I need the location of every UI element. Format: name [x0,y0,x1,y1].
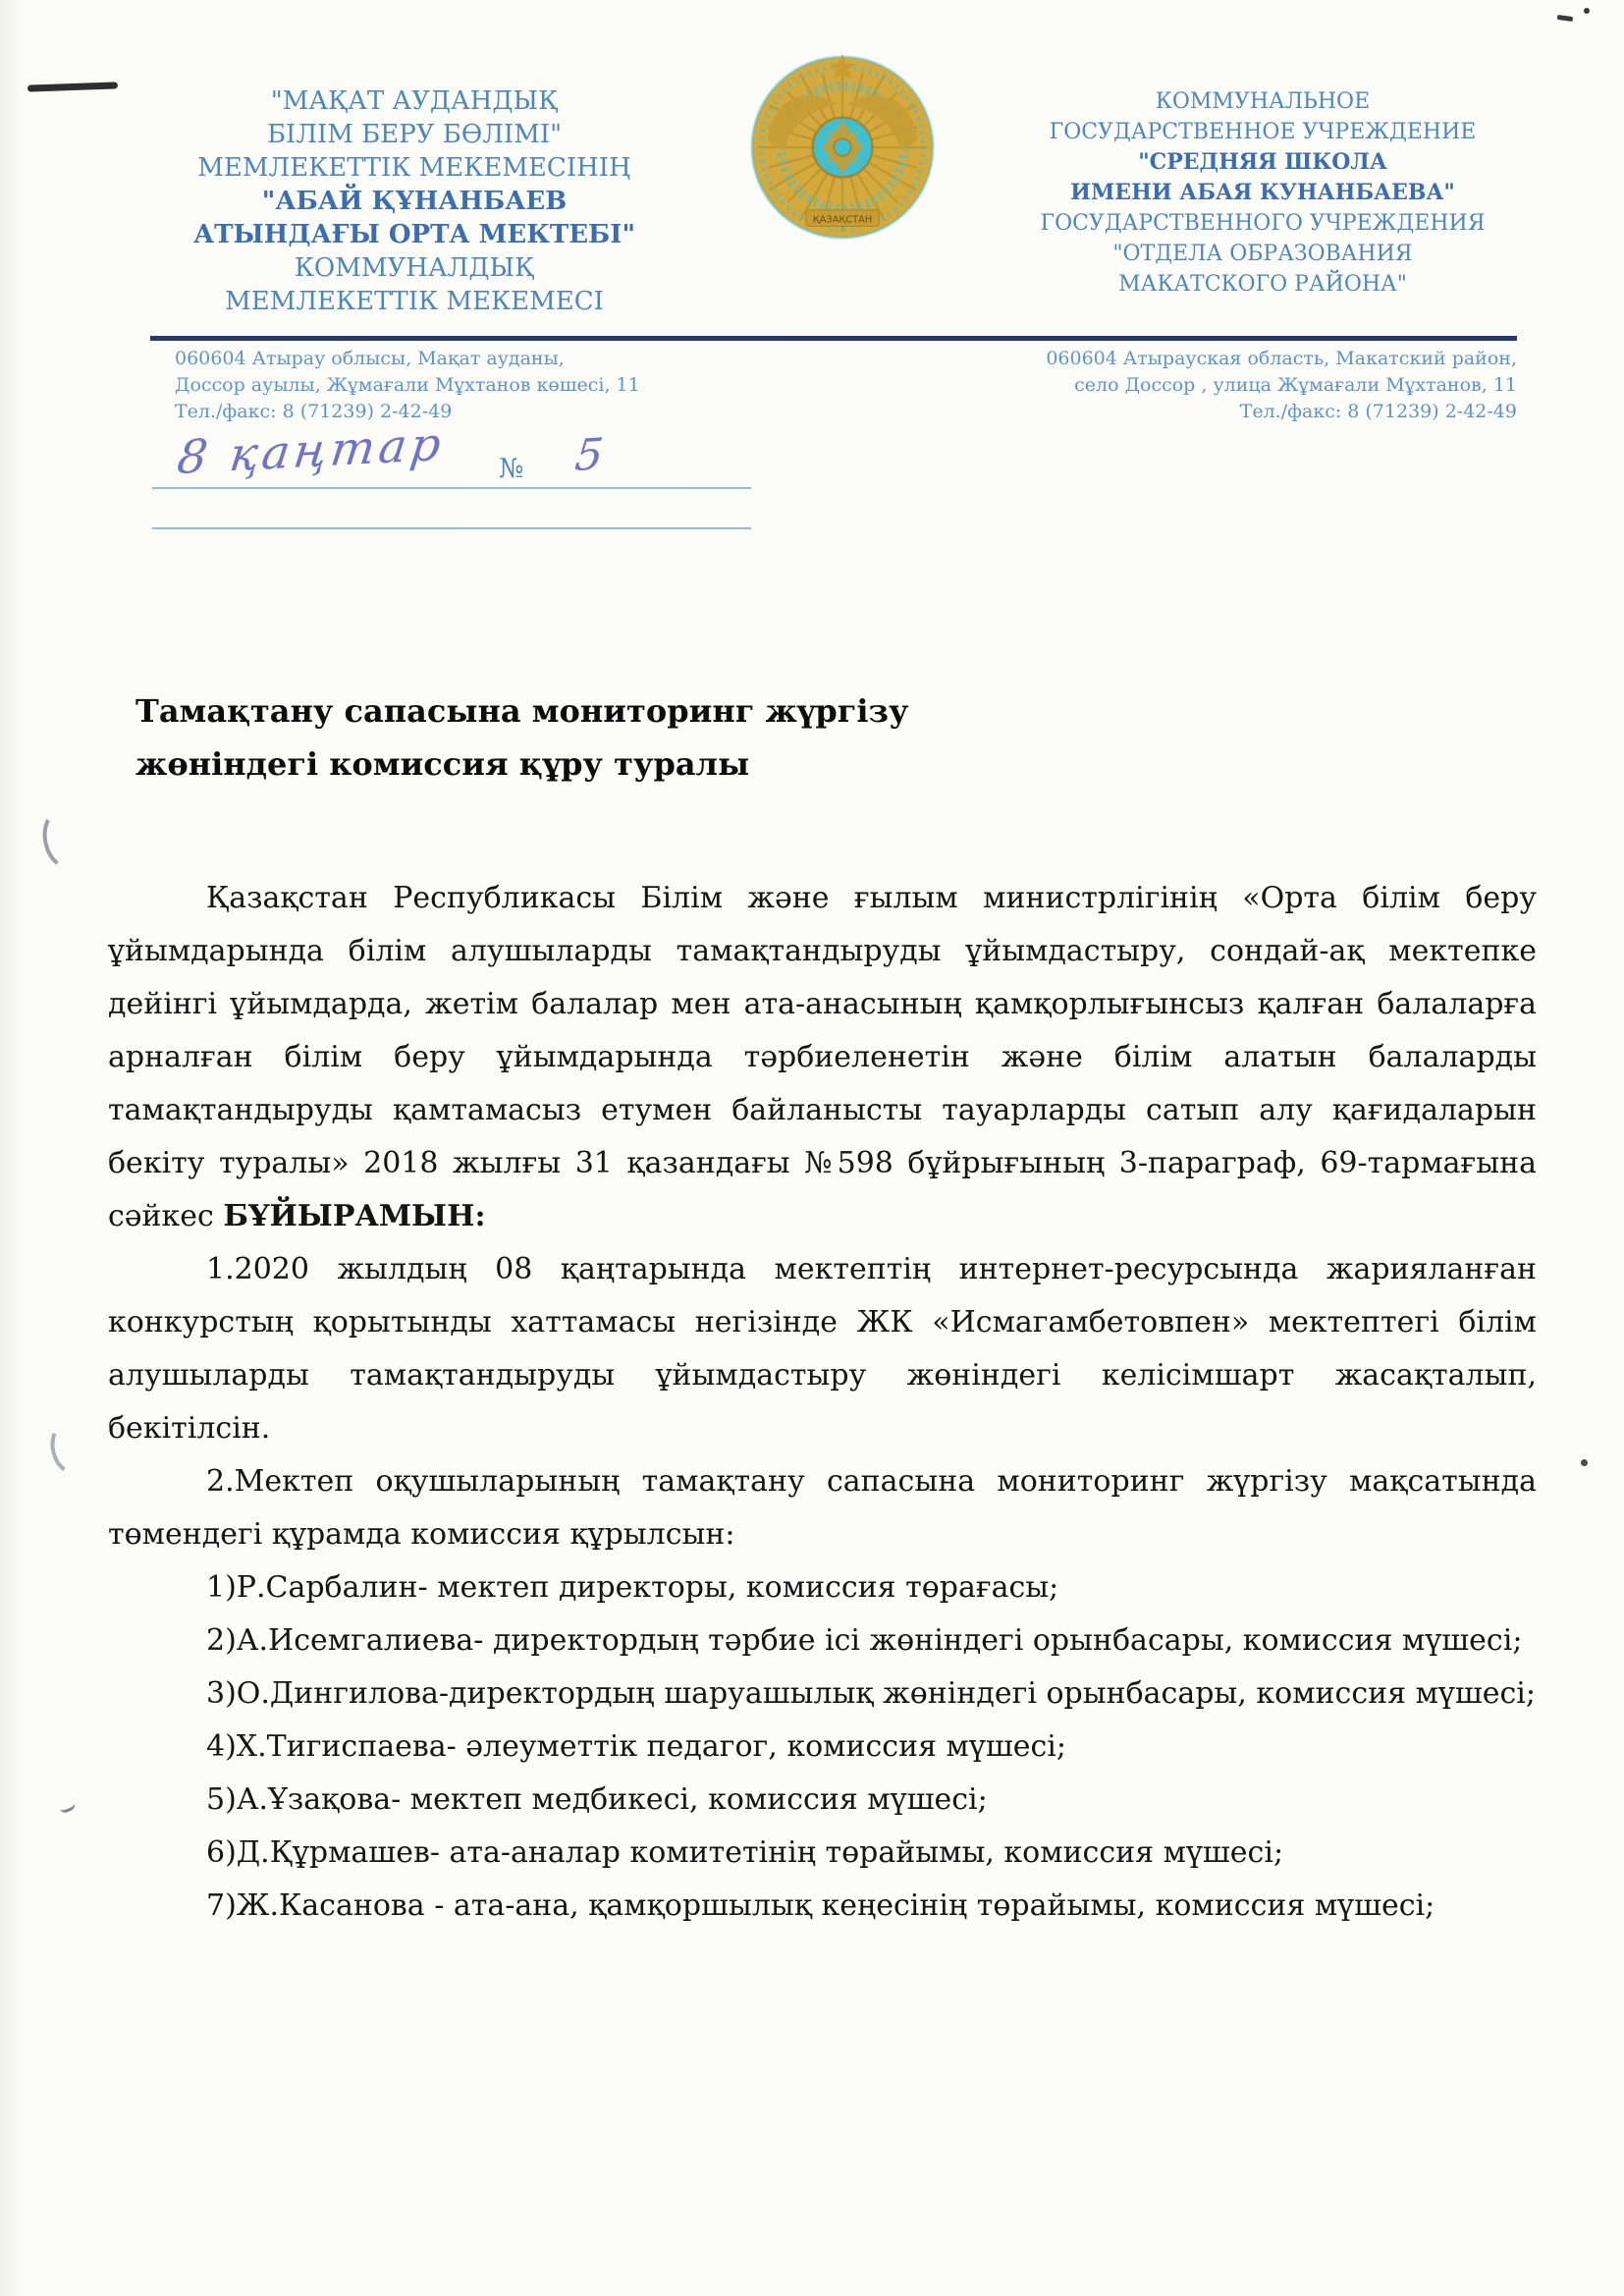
order-verb-bold: БҰЙЫРАМЫН: [223,1199,485,1233]
org-name-line: ГОСУДАРСТВЕННОЕ УЧРЕЖДЕНИЕ [982,117,1543,147]
commission-member-item: 3)О.Дингилова-директордың шаруашылық жөн… [108,1667,1537,1721]
handwritten-number: 5 [572,429,606,481]
org-name-line: "МАҚАТ АУДАНДЫҚ [145,84,683,118]
org-name-line: "АБАЙ ҚҰНАНБАЕВ [145,185,683,218]
kazakhstan-emblem: ҚАЗАҚСТАН [746,51,939,249]
order-title-line: Тамақтану сапасына мониторинг жүргізу [135,684,908,738]
org-name-line: "СРЕДНЯЯ ШКОЛА [982,147,1543,178]
order-title: Тамақтану сапасына мониторинг жүргізу жө… [135,684,908,791]
address-line: 060604 Атырау облысы, Мақат ауданы, [175,346,685,372]
order-title-line: жөніндегі комиссия құру туралы [135,738,908,791]
org-name-line: АТЫНДАҒЫ ОРТА МЕКТЕБІ" [145,218,683,251]
scan-artifact-dot [1584,8,1590,14]
commission-member-item: 4)Х.Тигиспаева- әлеуметтік педагог, коми… [108,1721,1537,1774]
address-line: Доссор ауылы, Жұмағали Мұхтанов көшесі, … [175,372,685,399]
org-name-kk: "МАҚАТ АУДАНДЫҚ БІЛІМ БЕРУ БӨЛІМІ" МЕМЛЕ… [145,84,683,318]
commission-member-item: 5)А.Ұзақова- мектеп медбикесі, комиссия … [108,1774,1537,1827]
scan-artifact-dash [27,82,118,91]
handwritten-date: 8 қаңтар [175,417,448,485]
preamble-text: Қазақстан Республикасы Білім және ғылым … [108,881,1537,1233]
org-name-ru: КОММУНАЛЬНОЕ ГОСУДАРСТВЕННОЕ УЧРЕЖДЕНИЕ … [982,86,1543,300]
address-line: 060604 Атырауская область, Макатский рай… [982,346,1517,372]
order-point-2: 2.Мектеп оқушыларының тамақтану сапасына… [108,1455,1537,1561]
org-name-line: КОММУНАЛЬНОЕ [982,86,1543,117]
commission-member-item: 2)А.Исемгалиева- директордың тәрбие ісі … [108,1614,1537,1667]
org-name-line: ИМЕНИ АБАЯ КУНАНБАЕВА" [982,178,1543,208]
org-name-line: МЕМЛЕКЕТТІК МЕКЕМЕСІ [145,285,683,318]
org-name-line: КОММУНАЛДЫҚ [145,251,683,285]
scan-artifact-pen-curve [45,1418,97,1480]
scan-artifact-mark [57,1796,77,1814]
commission-member-item: 1)Р.Сарбалин- мектеп директоры, комиссия… [108,1561,1537,1614]
address-ru: 060604 Атырауская область, Макатский рай… [982,346,1517,425]
date-underline-2 [152,527,751,529]
org-name-line: БІЛІМ БЕРУ БӨЛІМІ" [145,118,683,151]
commission-list: 1)Р.Сарбалин- мектеп директоры, комиссия… [108,1561,1537,1933]
address-line: Тел./факс: 8 (71239) 2-42-49 [982,399,1517,425]
order-body: Қазақстан Республикасы Білім және ғылым … [108,872,1537,1933]
preamble-paragraph: Қазақстан Республикасы Білім және ғылым … [108,872,1537,1243]
commission-member-item: 6)Д.Құрмашев- ата-аналар комитетінің төр… [108,1827,1537,1880]
number-sign: № [499,454,524,484]
org-name-line: МАКАТСКОГО РАЙОНА" [982,269,1543,300]
scanned-order-document: "МАҚАТ АУДАНДЫҚ БІЛІМ БЕРУ БӨЛІМІ" МЕМЛЕ… [0,0,1624,2296]
scan-artifact-dot [1581,1459,1588,1466]
commission-member-item: 7)Ж.Касанова - ата-ана, қамқоршылық кеңе… [108,1880,1537,1933]
header-divider [150,336,1517,341]
address-kk: 060604 Атырау облысы, Мақат ауданы, Досс… [175,346,685,425]
order-point-1: 1.2020 жылдың 08 қаңтарында мектептің ин… [108,1243,1537,1455]
org-name-line: ГОСУДАРСТВЕННОГО УЧРЕЖДЕНИЯ [982,208,1543,239]
org-name-line: "ОТДЕЛА ОБРАЗОВАНИЯ [982,239,1543,269]
date-underline-1 [152,487,751,489]
emblem-banner-text: ҚАЗАҚСТАН [813,215,873,226]
org-name-line: МЕМЛЕКЕТТІК МЕКЕМЕСІНІҢ [145,151,683,185]
scan-artifact-pen-curve [37,803,96,875]
scan-artifact-tick [1557,15,1574,22]
address-line: село Доссор , улица Жұмағали Мұхтанов, 1… [982,372,1517,399]
coat-of-arms-icon: ҚАЗАҚСТАН [746,51,939,249]
